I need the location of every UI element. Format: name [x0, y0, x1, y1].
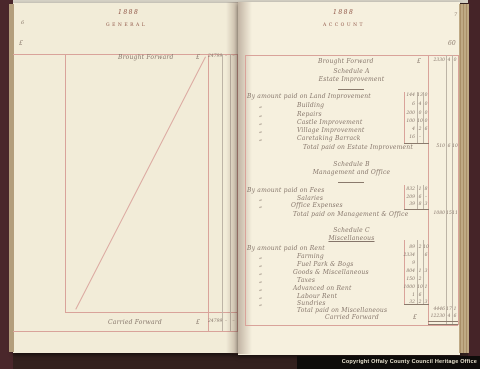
- amount-shillings: 2: [417, 277, 423, 282]
- amount-pounds: 89: [391, 245, 415, 250]
- amount-pounds: 150: [391, 277, 415, 282]
- page-fore-edge-right: [459, 4, 469, 353]
- amount-pounds: 39: [391, 202, 415, 207]
- amount-pounds: 2334: [391, 253, 415, 258]
- right-page-year: 1888: [333, 9, 354, 16]
- ditto-mark: „: [259, 253, 262, 260]
- left-page-number: 6: [21, 20, 24, 26]
- brought-forward-row: Brought Forward £ 2330 4 0: [245, 58, 458, 67]
- row-label: Sundries: [297, 300, 326, 307]
- row-label: Carried Forward: [325, 314, 379, 321]
- amount-pence: 8: [423, 187, 429, 192]
- right-page-number: 7: [454, 12, 457, 18]
- amount-pounds: 12230: [428, 314, 445, 319]
- amount-pounds: 24799: [208, 54, 221, 59]
- row-label: By amount paid on Land Improvement: [247, 93, 371, 100]
- amount-pounds: 9: [391, 261, 415, 266]
- schedule-a-title: Estate Improvement: [245, 76, 458, 85]
- amount-pence: 10: [423, 245, 429, 250]
- amount-pounds: 32: [391, 300, 415, 305]
- table-rule: [245, 55, 458, 56]
- total-label: Total paid on Miscellaneous: [297, 307, 387, 314]
- schedule-b-title: Management and Office: [245, 169, 458, 178]
- ditto-mark: „: [259, 269, 262, 276]
- amount-pounds: 6: [391, 102, 415, 107]
- row-label: Advanced on Rent: [293, 285, 352, 292]
- ditto-mark: „: [259, 111, 262, 118]
- table-rule: [65, 54, 66, 312]
- amount-pence: –: [423, 195, 429, 200]
- schedule-heading-text: Schedule C: [245, 227, 458, 234]
- row-label: Village Improvement: [297, 127, 365, 134]
- amount-pence: 10: [452, 144, 458, 149]
- right-folio-mark: 60: [448, 40, 456, 47]
- amount-pounds: 832: [391, 187, 415, 192]
- title-flourish-rule: [338, 89, 364, 90]
- amount-pounds: 4: [391, 127, 415, 132]
- amount-pence: 3: [423, 269, 429, 274]
- amount-pounds: 510: [428, 144, 445, 149]
- amount-pence: 0: [423, 111, 429, 116]
- amount-pence: 6: [452, 314, 458, 319]
- amount-pounds: 209: [391, 195, 415, 200]
- amount-pounds: 1: [391, 293, 415, 298]
- ledger-row: By amount paid on Land Improvement 144 1…: [245, 93, 458, 102]
- row-label: Brought Forward: [118, 54, 174, 61]
- amount-pence: 3: [423, 300, 429, 305]
- amount-pence: 0: [423, 93, 429, 98]
- schedule-heading-text: Schedule B: [245, 161, 458, 168]
- ditto-mark: „: [259, 261, 262, 268]
- schedule-title-text: Management and Office: [245, 169, 458, 176]
- table-rule: [65, 312, 238, 313]
- row-label: Brought Forward: [318, 58, 374, 65]
- amount-pence: 3: [423, 202, 429, 207]
- amount-pence: 1: [452, 307, 458, 312]
- ditto-mark: „: [259, 102, 262, 109]
- right-page-section-title: ACCOUNT: [323, 23, 365, 28]
- row-label: Fuel Park & Bogs: [297, 261, 354, 268]
- row-label: Farming: [297, 253, 324, 260]
- amount-pounds: 200: [391, 111, 415, 116]
- amount-pounds: 804: [391, 269, 415, 274]
- row-label: Salaries: [297, 195, 323, 202]
- row-label: Building: [297, 102, 324, 109]
- closing-double-rule: [428, 324, 458, 325]
- currency-sign: £: [413, 314, 417, 321]
- money-column-rule: [222, 54, 223, 331]
- left-margin-currency-mark: £: [19, 40, 23, 47]
- ditto-mark: „: [259, 277, 262, 284]
- amount-pounds: 100: [391, 119, 415, 124]
- amount-pounds: 16: [391, 135, 415, 140]
- schedule-title-text: Estate Improvement: [245, 76, 458, 83]
- amount-shillings: –: [417, 135, 423, 140]
- amount-pence: 6: [423, 127, 429, 132]
- schedule-total-row: Total paid on Management & Office 1080 1…: [245, 211, 458, 220]
- schedule-title-text: Miscellaneous: [245, 235, 458, 242]
- amount-pence: 0: [452, 58, 458, 63]
- amount-pence: 6: [423, 253, 429, 258]
- ledger-row: „ Caretaking Barrack 16 –: [245, 135, 458, 144]
- ditto-mark: „: [259, 195, 262, 202]
- left-page-year: 1888: [118, 9, 139, 16]
- ditto-mark: „: [259, 119, 262, 126]
- ditto-mark: „: [259, 135, 262, 142]
- ditto-mark: „: [259, 127, 262, 134]
- row-label: Office Expenses: [291, 202, 343, 209]
- amount-pounds: 2330: [428, 58, 445, 63]
- ledger-row: „ Office Expenses 39 8 3: [245, 202, 458, 211]
- schedule-total-row: Total paid on Estate Improvement 510 6 1…: [245, 144, 458, 153]
- amount-pounds: 144: [391, 93, 415, 98]
- carried-forward-row: Carried Forward £ 12230 4 6: [245, 314, 458, 323]
- carried-forward-row: Carried Forward £ 24799 – –: [13, 319, 238, 329]
- copyright-bar: Copyright Offaly County Council Heritage…: [297, 356, 480, 369]
- row-label: Labour Rent: [297, 293, 337, 300]
- row-label: Castle Improvement: [297, 119, 362, 126]
- currency-sign: £: [417, 58, 421, 65]
- ditto-mark: „: [259, 285, 262, 292]
- amount-pence: 11: [452, 211, 458, 216]
- row-label: Taxes: [297, 277, 315, 284]
- ledger-row: „ Building 6 4 0: [245, 102, 458, 111]
- ditto-mark: „: [259, 300, 262, 307]
- schedule-c-title: Miscellaneous: [245, 235, 458, 244]
- amount-pence: 0: [423, 119, 429, 124]
- table-rule: [458, 55, 459, 325]
- currency-sign: £: [196, 54, 200, 61]
- ditto-mark: „: [259, 293, 262, 300]
- amount-pounds: 24799: [208, 319, 221, 324]
- ledger-photo: 1888 GENERAL 6 £ Brought Forward £ 24799…: [0, 0, 480, 369]
- row-label: Carried Forward: [108, 319, 162, 326]
- money-column-rule: [208, 54, 209, 331]
- book-cover-right: [468, 0, 480, 369]
- amount-pence: 0: [423, 102, 429, 107]
- currency-sign: £: [196, 319, 200, 326]
- row-label: By amount paid on Fees: [247, 187, 325, 194]
- amount-pence: 1: [423, 285, 429, 290]
- row-label: Caretaking Barrack: [297, 135, 361, 142]
- schedule-heading-text: Schedule A: [245, 68, 458, 75]
- brought-forward-row: Brought Forward £ 24799 – –: [13, 54, 238, 64]
- table-rule: [245, 325, 458, 326]
- amount-pounds: 1000: [391, 285, 415, 290]
- row-label: By amount paid on Rent: [247, 245, 325, 252]
- ditto-mark: „: [259, 202, 262, 209]
- row-label: Goods & Miscellaneous: [293, 269, 369, 276]
- row-label: Repairs: [297, 111, 322, 118]
- total-label: Total paid on Estate Improvement: [303, 144, 413, 151]
- amount-shillings: 6: [417, 293, 423, 298]
- table-rule: [13, 331, 238, 332]
- amount-pounds: 4446: [428, 307, 445, 312]
- amount-pounds: 1080: [428, 211, 445, 216]
- title-flourish-rule: [338, 182, 364, 183]
- left-page-section-title: GENERAL: [106, 23, 147, 28]
- total-label: Total paid on Management & Office: [293, 211, 408, 218]
